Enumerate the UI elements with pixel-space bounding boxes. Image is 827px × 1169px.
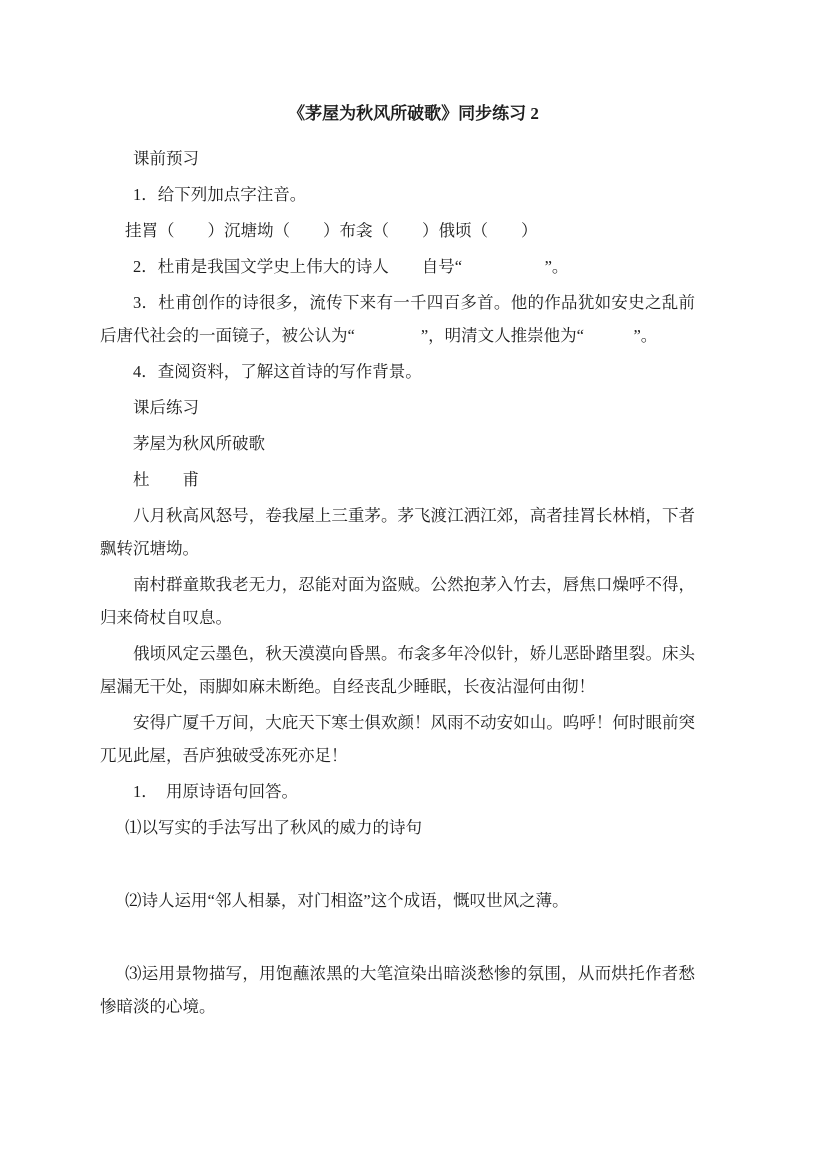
pre-question-4: 4．查阅资料，了解这首诗的写作背景。: [100, 355, 727, 388]
pre-question-1: 1．给下列加点字注音。: [100, 178, 727, 211]
sub-question-1: ⑴以写实的手法写出了秋风的威力的诗句: [100, 811, 727, 844]
pre-question-2: 2．杜甫是我国文学史上伟大的诗人 自号“ ”。: [100, 250, 727, 283]
document-page: 《茅屋为秋风所破歌》同步练习 2 课前预习 1．给下列加点字注音。 挂罥（ ）沉…: [0, 0, 827, 1169]
poem-title: 茅屋为秋风所破歌: [100, 427, 727, 460]
pre-question-3: 3．杜甫创作的诗很多，流传下来有一千四百多首。他的作品犹如安史之乱前后唐代社会的…: [100, 286, 695, 352]
poem-stanza-3: 俄顷风定云墨色，秋天漠漠向昏黑。布衾多年冷似针，娇儿恶卧踏里裂。床头屋漏无干处，…: [100, 637, 695, 703]
section-heading-post-exercise: 课后练习: [100, 391, 727, 424]
sub-question-3: ⑶运用景物描写，用饱蘸浓黑的大笔渲染出暗淡愁惨的氛围，从而烘托作者愁惨暗淡的心境…: [100, 957, 695, 1023]
poem-stanza-4: 安得广厦千万间，大庇天下寒士俱欢颜！风雨不动安如山。呜呼！何时眼前突兀见此屋，吾…: [100, 706, 695, 772]
post-question-1: 1． 用原诗语句回答。: [100, 775, 727, 808]
poem-stanza-1: 八月秋高风怒号，卷我屋上三重茅。茅飞渡江洒江郊，高者挂罥长林梢，下者飘转沉塘坳。: [100, 499, 695, 565]
pinyin-blank-line: 挂罥（ ）沉塘坳（ ）布衾（ ）俄顷（ ）: [100, 214, 727, 247]
document-title: 《茅屋为秋风所破歌》同步练习 2: [100, 97, 727, 130]
sub-question-2: ⑵诗人运用“邻人相暴，对门相盗”这个成语，慨叹世风之薄。: [100, 884, 727, 917]
poem-stanza-2: 南村群童欺我老无力，忍能对面为盗贼。公然抱茅入竹去，唇焦口燥呼不得，归来倚杖自叹…: [100, 568, 695, 634]
section-heading-pre-study: 课前预习: [100, 142, 727, 175]
poem-author: 杜 甫: [100, 463, 727, 496]
